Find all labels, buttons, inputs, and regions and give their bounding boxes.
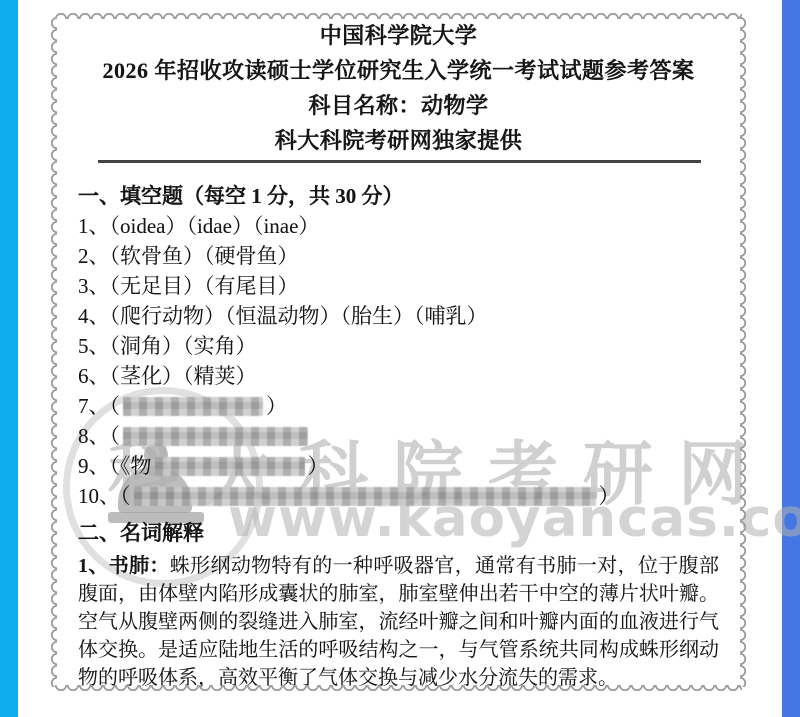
subject-line: 科目名称：动物学 bbox=[78, 88, 719, 123]
answer-text: 10、（ bbox=[78, 484, 131, 508]
answer-item-9: 9、（《物） bbox=[78, 451, 719, 481]
definition-term: 1、书肺： bbox=[78, 555, 170, 577]
section1-heading: 一、填空题（每空 1 分，共 30 分） bbox=[78, 181, 719, 211]
section2-heading: 二、名词解释 bbox=[78, 519, 719, 547]
answer-text: ） bbox=[266, 394, 287, 418]
definition-body: 蛛形纲动物特有的一种呼吸器官，通常有书肺一对，位于腹部腹面，由体壁内陷形成囊状的… bbox=[78, 555, 719, 689]
answer-item-10: 10、（） bbox=[78, 481, 719, 511]
university-title: 中国科学院大学 bbox=[78, 18, 719, 53]
left-border-stripe bbox=[0, 0, 18, 717]
answer-item-1: 1、（oidea）（idae）（inae） bbox=[78, 211, 719, 241]
censored-text-block bbox=[123, 427, 308, 446]
answer-text: 2、（软骨鱼）（硬骨鱼） bbox=[78, 244, 299, 268]
answer-item-6: 6、（茎化）（精荚） bbox=[78, 361, 719, 391]
answer-text: ） bbox=[599, 484, 620, 508]
answer-text: 6、（茎化）（精荚） bbox=[78, 364, 257, 388]
answer-item-8: 8、（ bbox=[78, 421, 719, 451]
censored-text-block bbox=[155, 457, 305, 476]
answer-item-7: 7、（） bbox=[78, 391, 719, 421]
exam-title: 2026 年招收攻读硕士学位研究生入学统一考试试题参考答案 bbox=[78, 53, 719, 88]
fill-blank-answers: 1、（oidea）（idae）（inae） 2、（软骨鱼）（硬骨鱼） 3、（无足… bbox=[78, 211, 719, 511]
answer-text: ） bbox=[308, 454, 329, 478]
provider-line: 科大科院考研网独家提供 bbox=[78, 123, 719, 158]
answer-text: 8、（ bbox=[78, 424, 120, 448]
answer-text: 7、（ bbox=[78, 394, 120, 418]
censored-text-block bbox=[123, 397, 263, 416]
censored-text-block bbox=[134, 487, 596, 506]
header-divider bbox=[98, 160, 701, 163]
exam-document-page: 科大科院考研网 www.kaoyancas.com 中国科学院大学 2026 年… bbox=[52, 14, 745, 690]
answer-item-2: 2、（软骨鱼）（硬骨鱼） bbox=[78, 241, 719, 271]
definition-paragraph: 1、书肺：蛛形纲动物特有的一种呼吸器官，通常有书肺一对，位于腹部腹面，由体壁内陷… bbox=[78, 552, 719, 692]
answer-text: 4、（爬行动物）（恒温动物）（胎生）（哺乳） bbox=[78, 304, 488, 328]
answer-text: 9、（《物 bbox=[78, 454, 152, 478]
answer-item-5: 5、（洞角）（实角） bbox=[78, 331, 719, 361]
answer-text: 3、（无足目）（有尾目） bbox=[78, 274, 299, 298]
right-border-stripe bbox=[782, 0, 800, 717]
answer-item-4: 4、（爬行动物）（恒温动物）（胎生）（哺乳） bbox=[78, 301, 719, 331]
answer-item-3: 3、（无足目）（有尾目） bbox=[78, 271, 719, 301]
answer-text: 1、（oidea）（idae）（inae） bbox=[78, 214, 319, 238]
answer-text: 5、（洞角）（实角） bbox=[78, 334, 257, 358]
